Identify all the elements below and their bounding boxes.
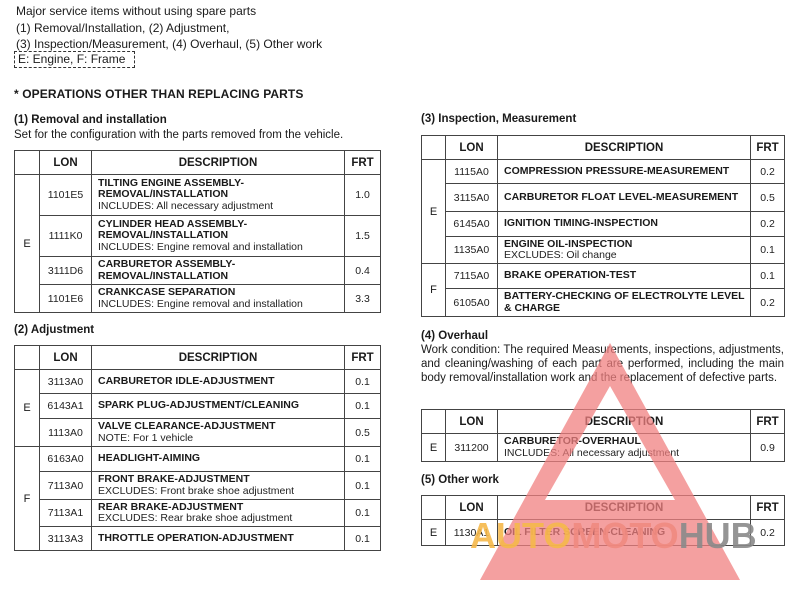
operation-note: INCLUDES: All necessary adjustment xyxy=(504,448,750,460)
description-cell: CARBURETOR-OVERHAULINCLUDES: All necessa… xyxy=(498,434,751,462)
table-row: E3113A0CARBURETOR IDLE-ADJUSTMENT0.1 xyxy=(15,370,381,394)
section-title-inspection: (3) Inspection, Measurement xyxy=(421,113,576,125)
column-header-frt: FRT xyxy=(751,496,785,520)
category-cell: E xyxy=(422,520,446,546)
table-row: F7115A0BRAKE OPERATION-TEST0.1 xyxy=(422,264,785,289)
column-header-description: DESCRIPTION xyxy=(92,151,345,175)
lon-cell: 3113A0 xyxy=(40,370,92,394)
column-header-frt: FRT xyxy=(751,410,785,434)
lon-cell: 3115A0 xyxy=(446,184,498,212)
table-row: 1135A0ENGINE OIL-INSPECTIONEXCLUDES: Oil… xyxy=(422,237,785,264)
table-row: E1101E5TILTING ENGINE ASSEMBLY-REMOVAL/I… xyxy=(15,175,381,216)
table-header-row: LONDESCRIPTIONFRT xyxy=(422,496,785,520)
table-row: 6105A0BATTERY-CHECKING OF ELECTROLYTE LE… xyxy=(422,289,785,317)
frt-cell: 0.1 xyxy=(345,500,381,527)
operation-note: EXCLUDES: Oil change xyxy=(504,250,750,262)
column-header-category xyxy=(15,151,40,175)
frt-cell: 0.1 xyxy=(345,447,381,472)
operation-note: EXCLUDES: Front brake shoe adjustment xyxy=(98,486,344,498)
description-cell: BRAKE OPERATION-TEST xyxy=(498,264,751,289)
description-cell: HEADLIGHT-AIMING xyxy=(92,447,345,472)
operation-name: IGNITION TIMING-INSPECTION xyxy=(504,218,750,230)
operation-note: NOTE: For 1 vehicle xyxy=(98,433,344,445)
lon-cell: 3111D6 xyxy=(40,257,92,285)
operation-name: BRAKE OPERATION-TEST xyxy=(504,270,750,282)
column-header-frt: FRT xyxy=(345,346,381,370)
section-title-removal: (1) Removal and installation xyxy=(14,114,167,126)
lon-cell: 1113A0 xyxy=(40,419,92,447)
operation-name: THROTTLE OPERATION-ADJUSTMENT xyxy=(98,533,344,545)
inspection-table: LONDESCRIPTIONFRTE1115A0COMPRESSION PRES… xyxy=(421,135,785,317)
description-cell: CARBURETOR FLOAT LEVEL-MEASUREMENT xyxy=(498,184,751,212)
operation-note: INCLUDES: All necessary adjustment xyxy=(98,201,344,213)
frt-cell: 0.1 xyxy=(345,527,381,551)
frt-cell: 0.5 xyxy=(751,184,785,212)
frt-cell: 0.4 xyxy=(345,257,381,285)
lon-cell: 1115A0 xyxy=(446,160,498,184)
section-desc-removal: Set for the configuration with the parts… xyxy=(14,128,343,142)
frt-cell: 0.2 xyxy=(751,520,785,546)
intro-line-2: (1) Removal/Installation, (2) Adjustment… xyxy=(16,20,322,37)
column-header-lon: LON xyxy=(40,151,92,175)
lon-cell: 6145A0 xyxy=(446,212,498,237)
lon-cell: 1135A0 xyxy=(446,237,498,264)
intro-line-1: Major service items without using spare … xyxy=(16,3,322,20)
column-header-description: DESCRIPTION xyxy=(498,410,751,434)
lon-cell: 311200 xyxy=(446,434,498,462)
operation-name: FRONT BRAKE-ADJUSTMENT xyxy=(98,474,344,486)
frt-cell: 0.2 xyxy=(751,160,785,184)
description-cell: CARBURETOR IDLE-ADJUSTMENT xyxy=(92,370,345,394)
table-row: 6145A0IGNITION TIMING-INSPECTION0.2 xyxy=(422,212,785,237)
frt-cell: 0.2 xyxy=(751,212,785,237)
operation-name: CRANKCASE SEPARATION xyxy=(98,287,344,299)
lon-cell: 6163A0 xyxy=(40,447,92,472)
operation-name: TILTING ENGINE ASSEMBLY-REMOVAL/INSTALLA… xyxy=(98,178,344,201)
table-row: 3115A0CARBURETOR FLOAT LEVEL-MEASUREMENT… xyxy=(422,184,785,212)
description-cell: VALVE CLEARANCE-ADJUSTMENTNOTE: For 1 ve… xyxy=(92,419,345,447)
section-title-adjustment: (2) Adjustment xyxy=(14,324,94,336)
description-cell: ENGINE OIL-INSPECTIONEXCLUDES: Oil chang… xyxy=(498,237,751,264)
frt-cell: 0.9 xyxy=(751,434,785,462)
frt-cell: 0.1 xyxy=(345,370,381,394)
description-cell: CRANKCASE SEPARATIONINCLUDES: Engine rem… xyxy=(92,285,345,313)
lon-cell: 7113A0 xyxy=(40,472,92,500)
page-title: * OPERATIONS OTHER THAN REPLACING PARTS xyxy=(14,87,303,101)
operation-note: INCLUDES: Engine removal and installatio… xyxy=(98,299,344,311)
column-header-description: DESCRIPTION xyxy=(498,496,751,520)
frt-cell: 1.5 xyxy=(345,216,381,257)
operation-name: CARBURETOR FLOAT LEVEL-MEASUREMENT xyxy=(504,192,750,204)
table-row: E311200CARBURETOR-OVERHAULINCLUDES: All … xyxy=(422,434,785,462)
table-row: 1111K0CYLINDER HEAD ASSEMBLY-REMOVAL/INS… xyxy=(15,216,381,257)
column-header-category xyxy=(422,496,446,520)
description-cell: CYLINDER HEAD ASSEMBLY-REMOVAL/INSTALLAT… xyxy=(92,216,345,257)
section-title-other: (5) Other work xyxy=(421,474,499,486)
column-header-frt: FRT xyxy=(345,151,381,175)
section-desc-overhaul: Work condition: The required Measurement… xyxy=(421,343,784,385)
operation-name: VALVE CLEARANCE-ADJUSTMENT xyxy=(98,421,344,433)
lon-cell: 6105A0 xyxy=(446,289,498,317)
table-row: E1115A0COMPRESSION PRESSURE-MEASUREMENT0… xyxy=(422,160,785,184)
column-header-lon: LON xyxy=(446,410,498,434)
category-legend: E: Engine, F: Frame xyxy=(14,51,135,68)
table-header-row: LONDESCRIPTIONFRT xyxy=(422,410,785,434)
operation-name: SPARK PLUG-ADJUSTMENT/CLEANING xyxy=(98,400,344,412)
column-header-lon: LON xyxy=(446,496,498,520)
operation-note: INCLUDES: Engine removal and installatio… xyxy=(98,242,344,254)
lon-cell: 1101E5 xyxy=(40,175,92,216)
table-row: 3111D6CARBURETOR ASSEMBLY-REMOVAL/INSTAL… xyxy=(15,257,381,285)
column-header-lon: LON xyxy=(40,346,92,370)
operation-name: HEADLIGHT-AIMING xyxy=(98,453,344,465)
column-header-category xyxy=(422,136,446,160)
table-row: 1101E6CRANKCASE SEPARATIONINCLUDES: Engi… xyxy=(15,285,381,313)
frt-cell: 0.5 xyxy=(345,419,381,447)
operation-name: COMPRESSION PRESSURE-MEASUREMENT xyxy=(504,166,750,178)
operation-name: CYLINDER HEAD ASSEMBLY-REMOVAL/INSTALLAT… xyxy=(98,219,344,242)
section-title-overhaul: (4) Overhaul xyxy=(421,330,488,342)
category-cell: F xyxy=(422,264,446,317)
column-header-description: DESCRIPTION xyxy=(498,136,751,160)
frt-cell: 0.1 xyxy=(345,394,381,419)
table-row: 7113A1REAR BRAKE-ADJUSTMENTEXCLUDES: Rea… xyxy=(15,500,381,527)
table-row: 1113A0VALVE CLEARANCE-ADJUSTMENTNOTE: Fo… xyxy=(15,419,381,447)
frt-cell: 0.1 xyxy=(751,237,785,264)
operation-name: CARBURETOR IDLE-ADJUSTMENT xyxy=(98,376,344,388)
description-cell: BATTERY-CHECKING OF ELECTROLYTE LEVEL & … xyxy=(498,289,751,317)
category-cell: E xyxy=(15,175,40,313)
operation-name: BATTERY-CHECKING OF ELECTROLYTE LEVEL & … xyxy=(504,291,750,314)
removal-table: LONDESCRIPTIONFRTE1101E5TILTING ENGINE A… xyxy=(14,150,381,313)
column-header-lon: LON xyxy=(446,136,498,160)
table-row: 6143A1SPARK PLUG-ADJUSTMENT/CLEANING0.1 xyxy=(15,394,381,419)
description-cell: FRONT BRAKE-ADJUSTMENTEXCLUDES: Front br… xyxy=(92,472,345,500)
lon-cell: 7115A0 xyxy=(446,264,498,289)
lon-cell: 6143A1 xyxy=(40,394,92,419)
column-header-category xyxy=(15,346,40,370)
description-cell: THROTTLE OPERATION-ADJUSTMENT xyxy=(92,527,345,551)
operation-name: CARBURETOR-OVERHAUL xyxy=(504,436,750,448)
description-cell: SPARK PLUG-ADJUSTMENT/CLEANING xyxy=(92,394,345,419)
description-cell: OIL FILTER SCREEN-CLEANING xyxy=(498,520,751,546)
table-header-row: LONDESCRIPTIONFRT xyxy=(15,151,381,175)
operation-note: EXCLUDES: Rear brake shoe adjustment xyxy=(98,513,344,525)
operation-name: OIL FILTER SCREEN-CLEANING xyxy=(504,527,750,539)
category-cell: E xyxy=(422,160,446,264)
table-row: 7113A0FRONT BRAKE-ADJUSTMENTEXCLUDES: Fr… xyxy=(15,472,381,500)
table-row: F6163A0HEADLIGHT-AIMING0.1 xyxy=(15,447,381,472)
column-header-category xyxy=(422,410,446,434)
lon-cell: 1111K0 xyxy=(40,216,92,257)
column-header-frt: FRT xyxy=(751,136,785,160)
frt-cell: 0.2 xyxy=(751,289,785,317)
table-row: 3113A3THROTTLE OPERATION-ADJUSTMENT0.1 xyxy=(15,527,381,551)
operation-name: CARBURETOR ASSEMBLY-REMOVAL/INSTALLATION xyxy=(98,259,344,282)
category-cell: E xyxy=(15,370,40,447)
other-work-table: LONDESCRIPTIONFRTE1130A1OIL FILTER SCREE… xyxy=(421,495,785,546)
lon-cell: 3113A3 xyxy=(40,527,92,551)
column-header-description: DESCRIPTION xyxy=(92,346,345,370)
lon-cell: 7113A1 xyxy=(40,500,92,527)
overhaul-table: LONDESCRIPTIONFRTE311200CARBURETOR-OVERH… xyxy=(421,409,785,462)
table-header-row: LONDESCRIPTIONFRT xyxy=(422,136,785,160)
frt-cell: 0.1 xyxy=(751,264,785,289)
description-cell: CARBURETOR ASSEMBLY-REMOVAL/INSTALLATION xyxy=(92,257,345,285)
category-cell: F xyxy=(15,447,40,551)
table-row: E1130A1OIL FILTER SCREEN-CLEANING0.2 xyxy=(422,520,785,546)
description-cell: COMPRESSION PRESSURE-MEASUREMENT xyxy=(498,160,751,184)
frt-cell: 0.1 xyxy=(345,472,381,500)
lon-cell: 1101E6 xyxy=(40,285,92,313)
category-cell: E xyxy=(422,434,446,462)
intro-block: Major service items without using spare … xyxy=(16,3,322,53)
description-cell: IGNITION TIMING-INSPECTION xyxy=(498,212,751,237)
description-cell: TILTING ENGINE ASSEMBLY-REMOVAL/INSTALLA… xyxy=(92,175,345,216)
frt-cell: 1.0 xyxy=(345,175,381,216)
frt-cell: 3.3 xyxy=(345,285,381,313)
lon-cell: 1130A1 xyxy=(446,520,498,546)
description-cell: REAR BRAKE-ADJUSTMENTEXCLUDES: Rear brak… xyxy=(92,500,345,527)
adjustment-table: LONDESCRIPTIONFRTE3113A0CARBURETOR IDLE-… xyxy=(14,345,381,551)
table-header-row: LONDESCRIPTIONFRT xyxy=(15,346,381,370)
